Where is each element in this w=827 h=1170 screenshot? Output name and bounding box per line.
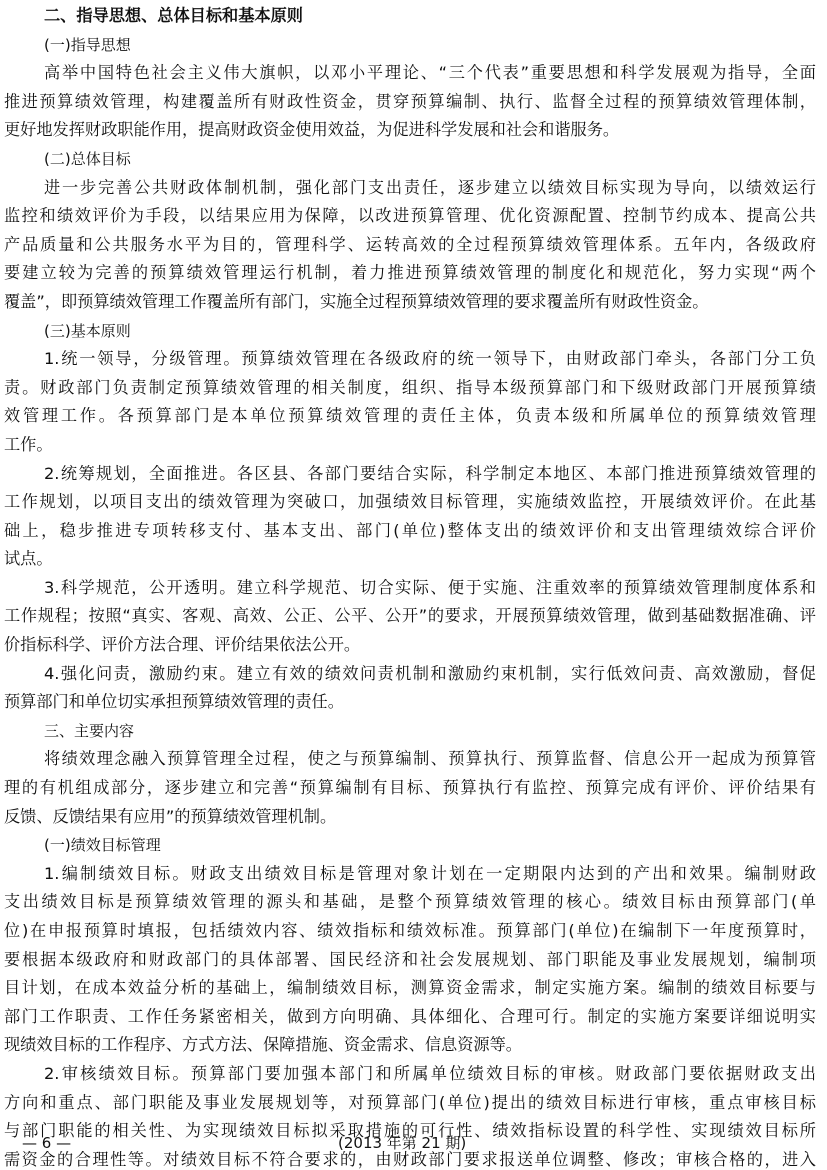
document-page: 二、指导思想、总体目标和基本原则(一)指导思想高举中国特色社会主义伟大旗帜，以邓… <box>4 2 816 1170</box>
paragraph-line: 3.科学规范，公开透明。建立科学规范、切合实际、便于实施、注重效率的预算绩效管理… <box>4 574 816 603</box>
paragraph-line: 监控和绩效评价为手段，以结果应用为保障，以改进预算管理、优化资源配置、控制节约成… <box>4 202 816 231</box>
paragraph-line: 工作。 <box>4 431 816 460</box>
paragraph-line: 1.统一领导，分级管理。预算绩效管理在各级政府的统一领导下，由财政部门牵头，各部… <box>4 345 816 374</box>
section-heading: (二)总体目标 <box>4 145 816 174</box>
paragraph-line: 更好地发挥财政职能作用，提高财政资金使用效益，为促进科学发展和社会和谐服务。 <box>4 116 816 145</box>
paragraph-line: 推进预算绩效管理，构建覆盖所有财政性资金，贯穿预算编制、执行、监督全过程的预算绩… <box>4 88 816 117</box>
paragraph-line: 覆盖”，即预算绩效管理工作覆盖所有部门，实施全过程预算绩效管理的要求覆盖所有财政… <box>4 288 816 317</box>
paragraph-line: 4.强化问责，激励约束。建立有效的绩效问责机制和激励约束机制，实行低效问责、高效… <box>4 660 816 689</box>
document-body: 二、指导思想、总体目标和基本原则(一)指导思想高举中国特色社会主义伟大旗帜，以邓… <box>4 2 816 1170</box>
paragraph-line: 部门工作职责、工作任务紧密相关，做到方向明确、具体细化、合理可行。制定的实施方案… <box>4 1003 816 1032</box>
section-heading: 三、主要内容 <box>4 717 816 746</box>
section-heading: (三)基本原则 <box>4 317 816 346</box>
paragraph-line: 试点。 <box>4 545 816 574</box>
paragraph-line: 效管理工作。各预算部门是本单位预算绩效管理的责任主体，负责本级和所属单位的预算绩… <box>4 402 816 431</box>
section-heading: (一)绩效目标管理 <box>4 831 816 860</box>
section-heading: (一)指导思想 <box>4 31 816 60</box>
page-number: — 6 — <box>22 1130 71 1156</box>
paragraph-line: 将绩效理念融入预算管理全过程，使之与预算编制、预算执行、预算监督、信息公开一起成… <box>4 745 816 774</box>
paragraph-line: 支出绩效目标是预算绩效管理的源头和基础，是整个预算绩效管理的核心。绩效目标由预算… <box>4 888 816 917</box>
paragraph-line: 进一步完善公共财政体制机制，强化部门支出责任，逐步建立以绩效目标实现为导向，以绩… <box>4 174 816 203</box>
page-footer: — 6 — (2013 年第 21 期) <box>0 1130 827 1156</box>
paragraph-line: 反馈、反馈结果有应用”的预算绩效管理机制。 <box>4 803 816 832</box>
paragraph-line: 1.编制绩效目标。财政支出绩效目标是管理对象计划在一定期限内达到的产出和效果。编… <box>4 860 816 889</box>
paragraph-line: 产品质量和公共服务水平为目的，管理科学、运转高效的全过程预算绩效管理体系。五年内… <box>4 231 816 260</box>
paragraph-line: 2.审核绩效目标。预算部门要加强本部门和所属单位绩效目标的审核。财政部门要依据财… <box>4 1060 816 1089</box>
paragraph-line: 方向和重点、部门职能及事业发展规划等，对预算部门(单位)提出的绩效目标进行审核，… <box>4 1089 816 1118</box>
paragraph-line: 础上，稳步推进专项转移支付、基本支出、部门(单位)整体支出的绩效评价和支出管理绩… <box>4 517 816 546</box>
paragraph-line: 理的有机组成部分，逐步建立和完善“预算编制有目标、预算执行有监控、预算完成有评价… <box>4 774 816 803</box>
paragraph-line: 工作规程；按照“真实、客观、高效、公正、公平、公开”的要求，开展预算绩效管理，做… <box>4 602 816 631</box>
paragraph-line: 工作规划，以项目支出的绩效管理为突破口，加强绩效目标管理，实施绩效监控，开展绩效… <box>4 488 816 517</box>
paragraph-line: 预算部门和单位切实承担预算绩效管理的责任。 <box>4 688 816 717</box>
paragraph-line: 高举中国特色社会主义伟大旗帜，以邓小平理论、“三个代表”重要思想和科学发展观为指… <box>4 59 816 88</box>
paragraph-line: 目计划，在成本效益分析的基础上，编制绩效目标，测算资金需求，制定实施方案。编制的… <box>4 974 816 1003</box>
paragraph-line: 2.统筹规划，全面推进。各区县、各部门要结合实际，科学制定本地区、本部门推进预算… <box>4 460 816 489</box>
section-heading: 二、指导思想、总体目标和基本原则 <box>4 2 816 31</box>
issue-label: (2013 年第 21 期) <box>338 1130 466 1156</box>
paragraph-line: 要根据本级政府和财政部门的具体部署、国民经济和社会发展规划、部门职能及事业发展规… <box>4 946 816 975</box>
paragraph-line: 价指标科学、评价方法合理、评价结果依法公开。 <box>4 631 816 660</box>
paragraph-line: 要建立较为完善的预算绩效管理运行机制，着力推进预算绩效管理的制度化和规范化，努力… <box>4 259 816 288</box>
paragraph-line: 位)在申报预算时填报，包括绩效内容、绩效指标和绩效标准。预算部门(单位)在编制下… <box>4 917 816 946</box>
paragraph-line: 现绩效目标的工作程序、方式方法、保障措施、资金需求、信息资源等。 <box>4 1031 816 1060</box>
paragraph-line: 责。财政部门负责制定预算绩效管理的相关制度，组织、指导本级预算部门和下级财政部门… <box>4 374 816 403</box>
